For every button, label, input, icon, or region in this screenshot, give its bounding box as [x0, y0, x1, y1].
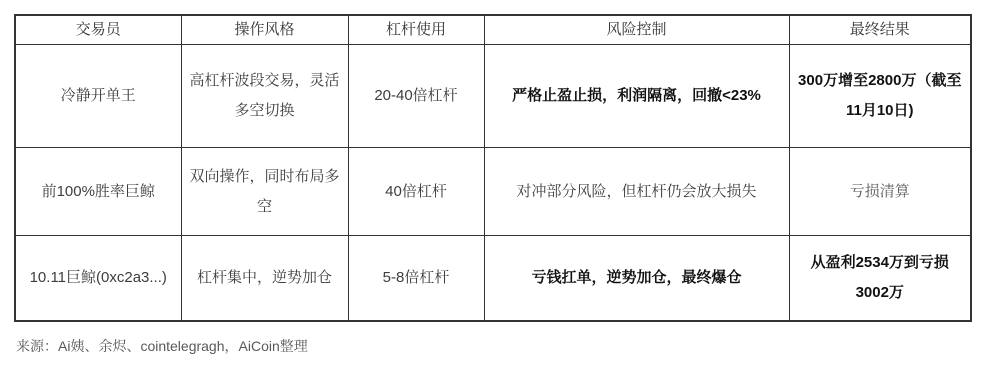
result-cell: 从盈利2534万到亏损3002万 — [789, 236, 971, 321]
header-final-result: 最终结果 — [789, 15, 971, 45]
table-row: 10.11巨鲸(0xc2a3...) 杠杆集中，逆势加仓 5-8倍杠杆 亏钱扛单… — [15, 236, 971, 321]
style-cell: 双向操作，同时布局多空 — [181, 148, 348, 236]
leverage-cell: 20-40倍杠杆 — [348, 45, 484, 148]
table-row: 冷静开单王 高杠杆波段交易，灵活多空切换 20-40倍杠杆 严格止盈止损，利润隔… — [15, 45, 971, 148]
result-cell: 亏损清算 — [789, 148, 971, 236]
risk-cell: 严格止盈止损，利润隔离，回撤<23% — [484, 45, 789, 148]
style-cell: 高杠杆波段交易，灵活多空切换 — [181, 45, 348, 148]
style-cell: 杠杆集中，逆势加仓 — [181, 236, 348, 321]
leverage-cell: 40倍杠杆 — [348, 148, 484, 236]
trader-cell: 冷静开单王 — [15, 45, 181, 148]
traders-comparison-table: 交易员 操作风格 杠杆使用 风险控制 最终结果 冷静开单王 高杠杆波段交易，灵活… — [14, 14, 972, 322]
trader-cell: 前100%胜率巨鲸 — [15, 148, 181, 236]
risk-cell: 对冲部分风险，但杠杆仍会放大损失 — [484, 148, 789, 236]
header-risk-control: 风险控制 — [484, 15, 789, 45]
header-leverage: 杠杆使用 — [348, 15, 484, 45]
risk-cell: 亏钱扛单，逆势加仓，最终爆仓 — [484, 236, 789, 321]
table-header-row: 交易员 操作风格 杠杆使用 风险控制 最终结果 — [15, 15, 971, 45]
header-style: 操作风格 — [181, 15, 348, 45]
source-attribution: 来源：Ai姨、余烬、cointelegragh，AiCoin整理 — [16, 337, 308, 357]
result-cell: 300万增至2800万（截至11月10日) — [789, 45, 971, 148]
leverage-cell: 5-8倍杠杆 — [348, 236, 484, 321]
trader-cell: 10.11巨鲸(0xc2a3...) — [15, 236, 181, 321]
header-trader: 交易员 — [15, 15, 181, 45]
table-row: 前100%胜率巨鲸 双向操作，同时布局多空 40倍杠杆 对冲部分风险，但杠杆仍会… — [15, 148, 971, 236]
